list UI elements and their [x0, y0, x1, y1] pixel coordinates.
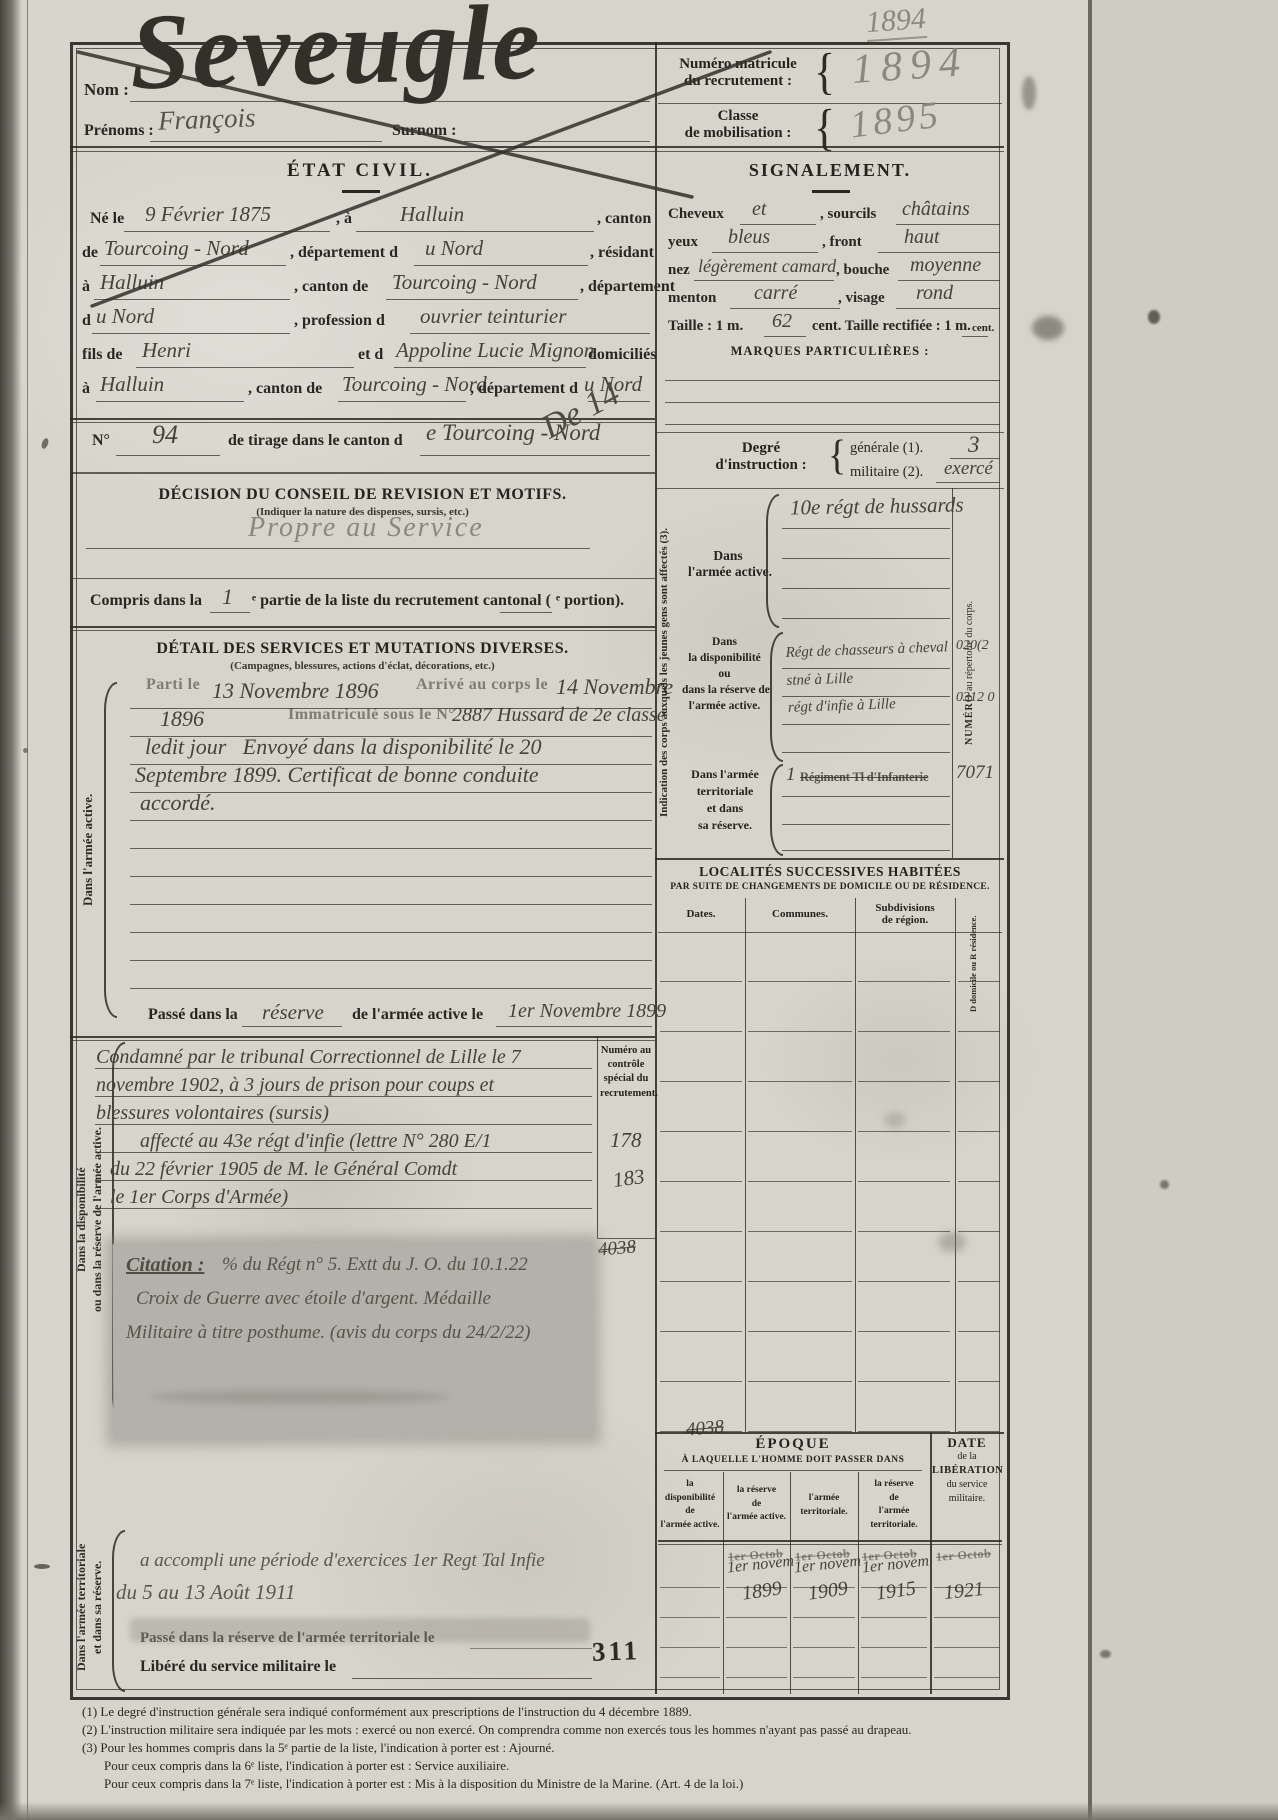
stain [1022, 76, 1036, 110]
stain [938, 1232, 966, 1252]
stain [1100, 1650, 1111, 1658]
speck [34, 1564, 50, 1569]
stain [884, 1112, 906, 1128]
register-sheet: Seveugle 1894 Nom : Prénoms : François S… [0, 0, 1278, 1820]
stain [1160, 1180, 1169, 1189]
speck [23, 748, 28, 753]
surname-script: Seveugle [128, 0, 543, 115]
cancellation-strokes [0, 0, 1278, 1820]
stain [1148, 310, 1160, 324]
stain [1032, 316, 1064, 340]
